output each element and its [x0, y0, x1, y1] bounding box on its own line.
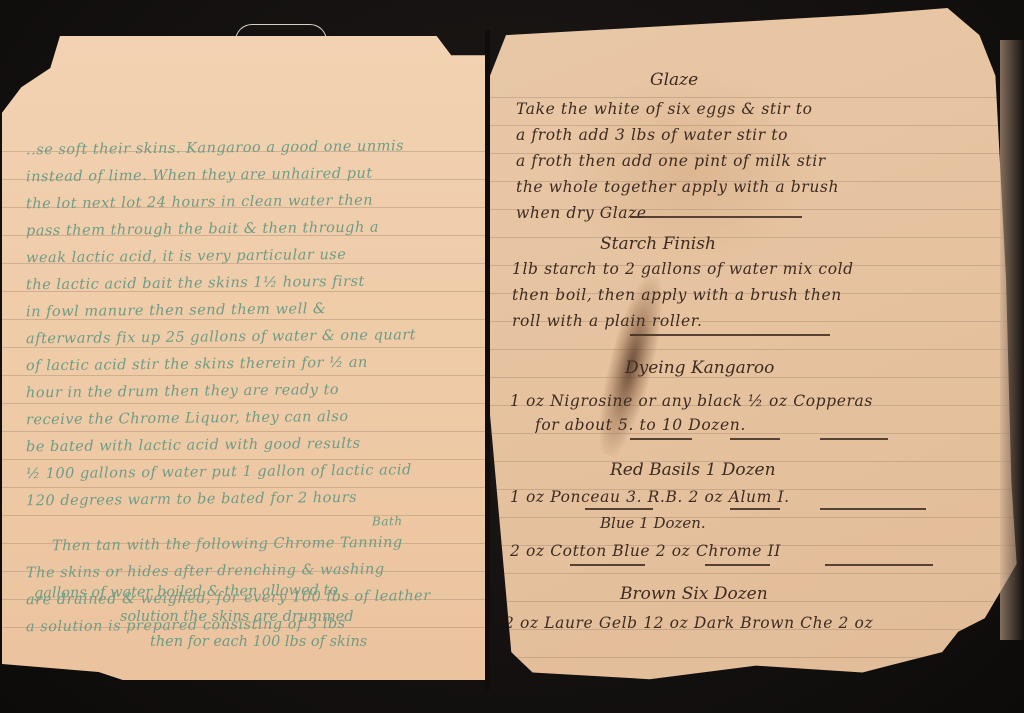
handwritten-annotation: Bath — [372, 514, 452, 529]
section-heading-dyeing-kangaroo: Dyeing Kangaroo — [625, 358, 774, 378]
handwritten-line: 1lb starch to 2 gallons of water mix col… — [512, 260, 1012, 278]
section-heading-glaze: Glaze — [650, 70, 698, 90]
underline — [820, 438, 888, 440]
handwritten-line: then for each 100 lbs of skins — [150, 634, 367, 650]
handwritten-line: roll with a plain roller. — [512, 312, 1012, 330]
section-heading-brown: Brown Six Dozen — [620, 584, 768, 604]
handwritten-line: when dry Glaze — [516, 204, 1016, 222]
underline — [705, 564, 770, 566]
handwritten-line: a froth then add one pint of milk stir — [516, 152, 1016, 170]
section-divider — [630, 334, 830, 336]
section-heading-red-basils: Red Basils 1 Dozen — [610, 460, 776, 480]
section-heading-starch-finish: Starch Finish — [600, 234, 716, 254]
section-heading-blue: Blue 1 Dozen. — [600, 514, 706, 532]
book-gutter — [485, 30, 490, 690]
page-stack-edge — [1000, 40, 1024, 640]
underline — [825, 564, 933, 566]
handwritten-line: solution the skins are drummed — [120, 609, 354, 625]
handwritten-line: 2 oz Laure Gelb 12 oz Dark Brown Che 2 o… — [504, 614, 1004, 632]
underline — [630, 438, 692, 440]
handwritten-line: a froth add 3 lbs of water stir to — [516, 126, 1016, 144]
underline — [730, 508, 780, 510]
underline — [730, 438, 780, 440]
right-page: Glaze Take the white of six eggs & stir … — [490, 8, 1022, 686]
handwritten-line: 2 oz Cotton Blue 2 oz Chrome II — [510, 542, 1010, 560]
handwritten-line: then boil, then apply with a brush then — [512, 286, 1012, 304]
underline — [570, 564, 645, 566]
underline — [820, 508, 926, 510]
handwritten-line: gallons of water boiled & then allowed t… — [34, 582, 338, 601]
handwritten-line: for about 5. to 10 Dozen. — [535, 416, 1022, 434]
left-page: ..se soft their skins. Kangaroo a good o… — [2, 36, 485, 676]
handwritten-line: 1 oz Nigrosine or any black ½ oz Coppera… — [510, 392, 1010, 410]
handwritten-line: Take the white of six eggs & stir to — [516, 100, 1016, 118]
handwritten-line: 1 oz Ponceau 3. R.B. 2 oz Alum I. — [510, 488, 1010, 506]
underline — [585, 508, 653, 510]
section-divider — [630, 216, 802, 218]
handwritten-line: the whole together apply with a brush — [516, 178, 1016, 196]
